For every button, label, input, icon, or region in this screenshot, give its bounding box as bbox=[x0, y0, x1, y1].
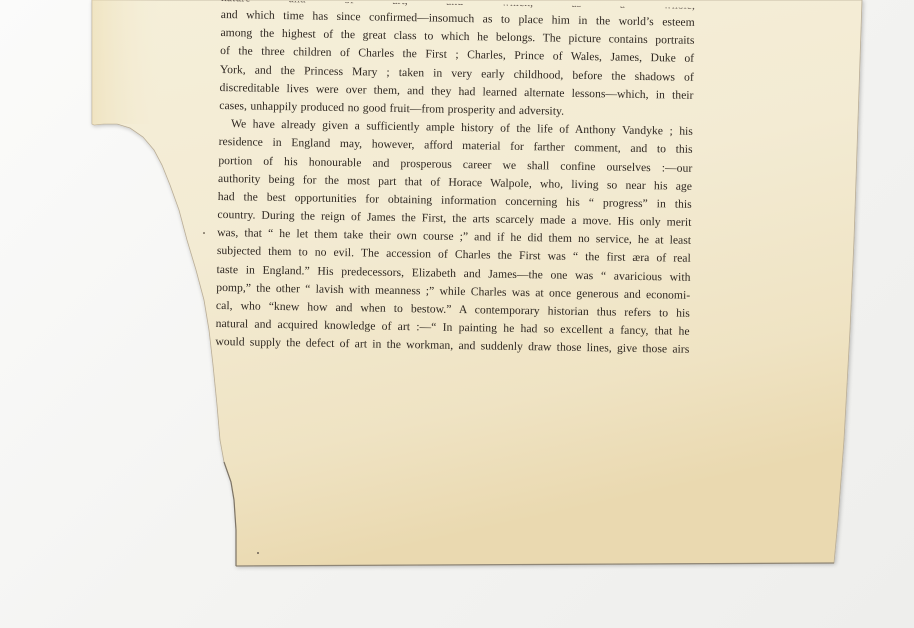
paper-speck bbox=[257, 552, 259, 554]
paragraph-1: and which time has since confirmed—insom… bbox=[219, 6, 695, 123]
scene: nature and of art, and which, as a whole… bbox=[0, 0, 914, 628]
page-text: nature and of art, and which, as a whole… bbox=[215, 3, 695, 359]
paragraph-2: We have already given a sufficiently amp… bbox=[215, 115, 693, 359]
paper-speck bbox=[203, 232, 205, 234]
